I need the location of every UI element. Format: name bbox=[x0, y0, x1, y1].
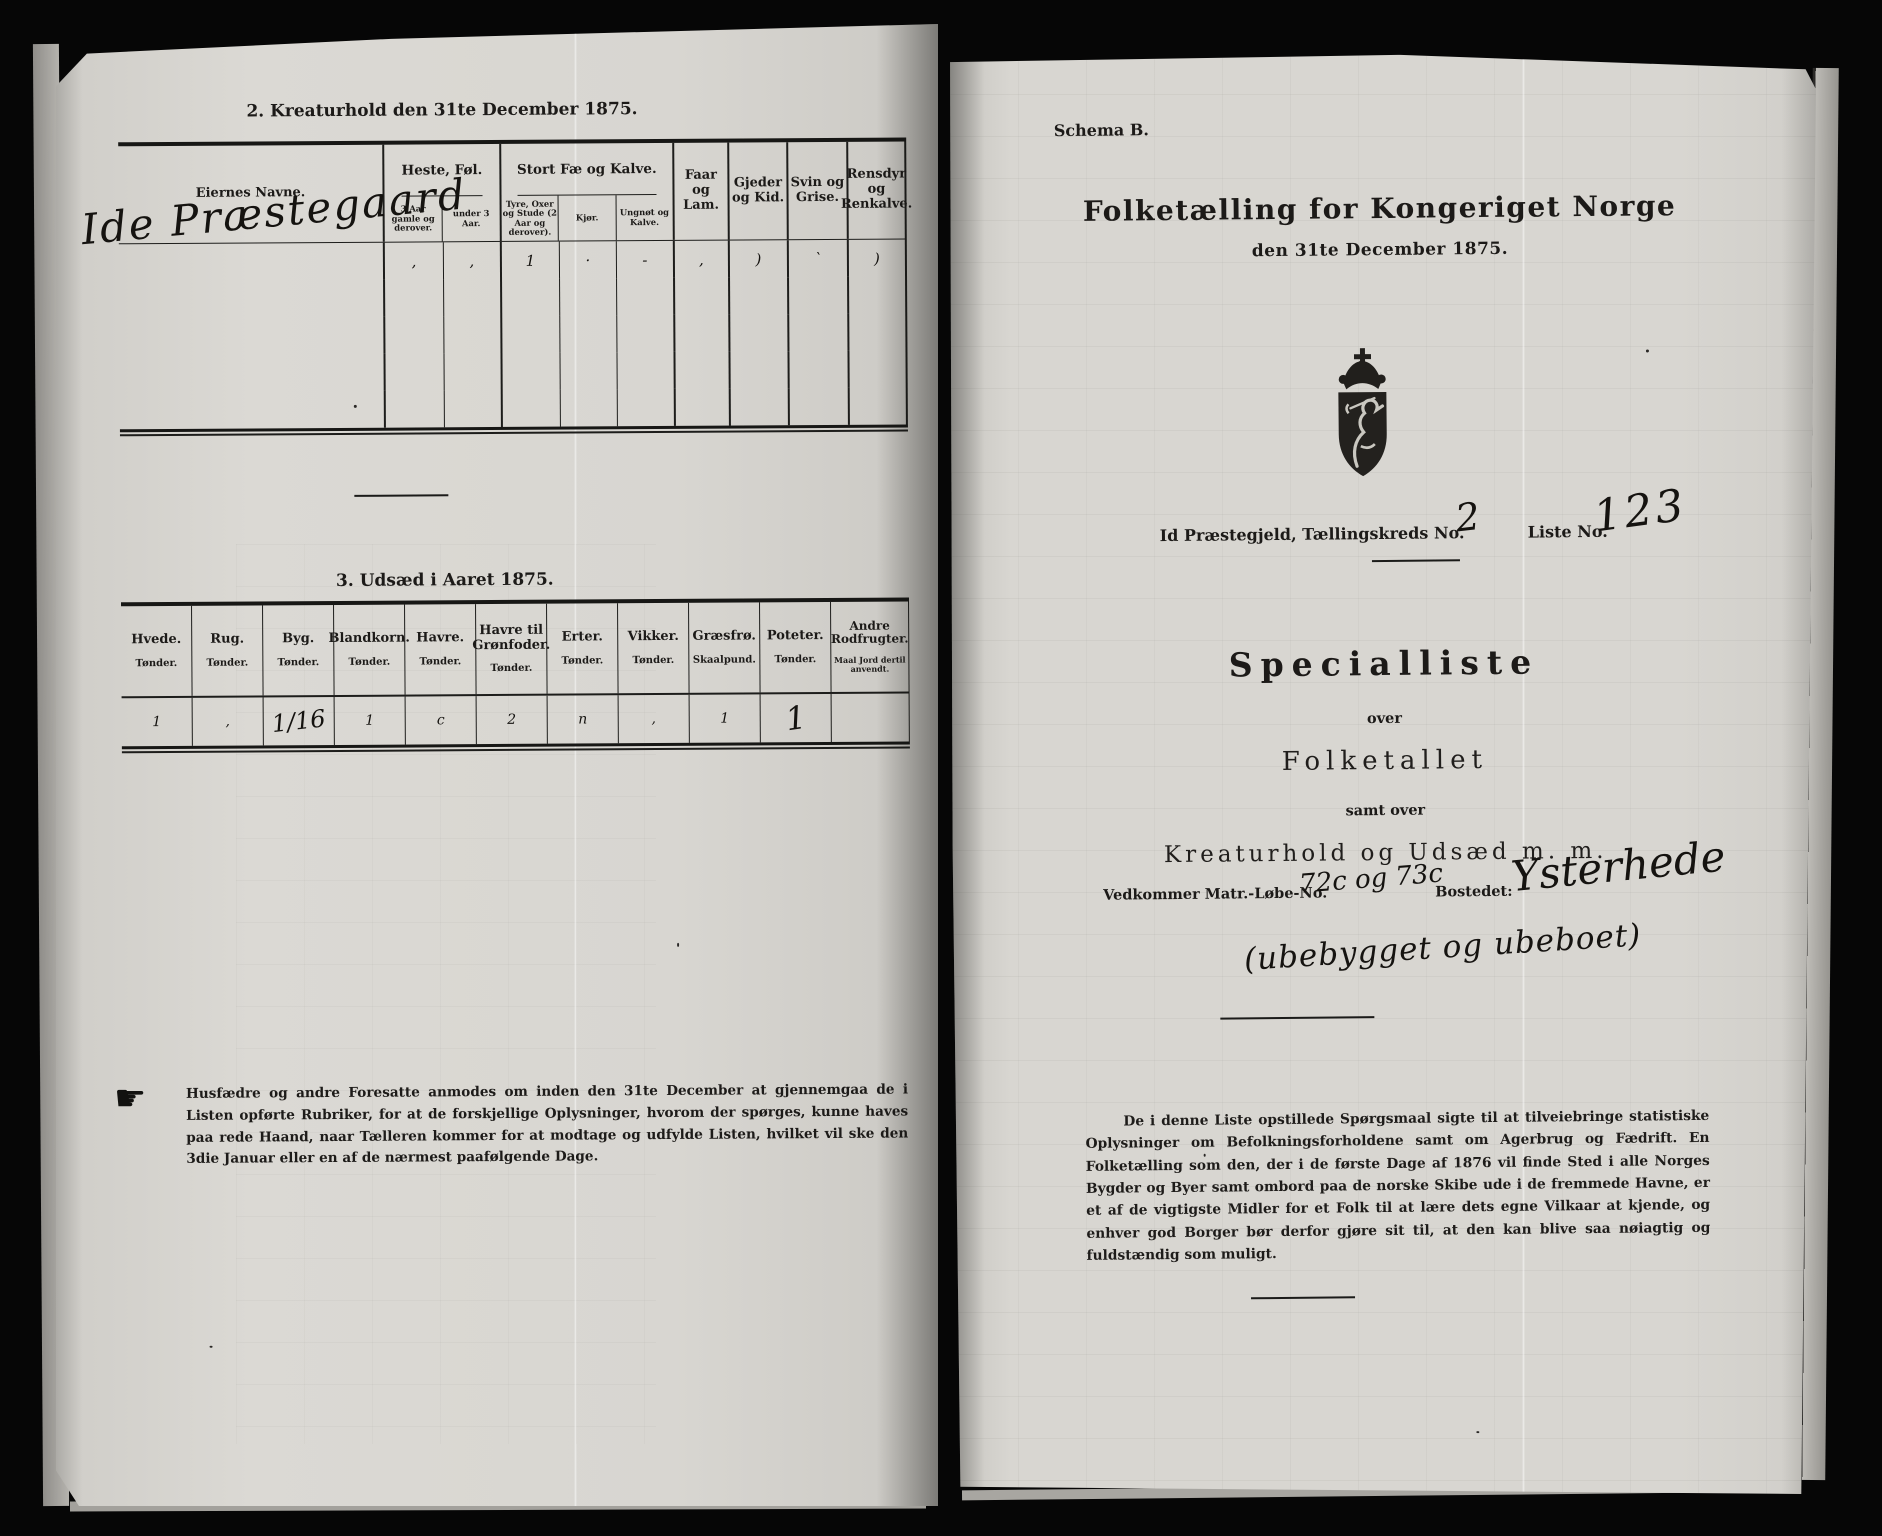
kreaturhold-row-5 bbox=[120, 387, 908, 429]
col-tyre-oxer: Tyre, Oxer og Stude (2 Aar og derover). bbox=[502, 196, 560, 241]
bosted-label: Bostedet: bbox=[1435, 883, 1513, 901]
handwritten-kreds-no: 2 bbox=[1453, 494, 1482, 540]
col-svin-grise: Svin og Grise. bbox=[788, 175, 846, 205]
col-poteter: Poteter. bbox=[767, 629, 824, 644]
udsaed-table: Hvede.Tønder. Rug.Tønder. Byg.Tønder. Bl… bbox=[121, 597, 910, 749]
list-title: Specialliste bbox=[1064, 641, 1704, 686]
manicule-icon: ☛ bbox=[114, 1078, 147, 1119]
col-andre-rodfrugter: Andre Rodfrugter. bbox=[831, 619, 909, 646]
handwritten-liste-no: 123 bbox=[1591, 480, 1690, 543]
main-subtitle: den 31te December 1875. bbox=[1030, 237, 1730, 264]
folketallet-word: Folketallet bbox=[1065, 743, 1705, 779]
col-kjoer: Kjør. bbox=[559, 195, 617, 240]
kreaturhold-row-4 bbox=[119, 350, 907, 392]
handwritten-note: (ubebygget og ubeboet) bbox=[1243, 912, 1724, 978]
section3-title: 3. Udsæd i Aaret 1875. bbox=[235, 569, 655, 592]
col-hvede: Hvede. bbox=[131, 633, 181, 648]
coat-of-arms bbox=[1320, 346, 1405, 485]
schema-label: Schema B. bbox=[1054, 120, 1149, 140]
col-gjeder-kid: Gjeder og Kid. bbox=[729, 176, 786, 206]
instruction-paragraph: De i denne Liste opstillede Spørgsmaal s… bbox=[1085, 1105, 1710, 1267]
col-erter: Erter. bbox=[562, 631, 603, 646]
footnote-text: Husfædre og andre Foresatte anmodes om i… bbox=[186, 1079, 909, 1170]
samt-over-word: samt over bbox=[1065, 799, 1705, 822]
col-byg: Byg. bbox=[282, 632, 314, 646]
col-havre: Havre. bbox=[416, 632, 464, 647]
kreaturhold-row-1: , , 1 · - , ) ` ) bbox=[119, 239, 907, 281]
kreaturhold-row-2 bbox=[119, 276, 907, 318]
col-faar-lam: Faar og Lam. bbox=[674, 169, 727, 214]
col-rug: Rug. bbox=[210, 633, 244, 648]
divider-rule-left bbox=[354, 494, 448, 496]
col-vikker: Vikker. bbox=[628, 630, 679, 645]
book-scan: 2. Kreaturhold den 31te December 1875. E… bbox=[0, 0, 1882, 1536]
section2-title: 2. Kreaturhold den 31te December 1875. bbox=[232, 99, 652, 122]
col-graesfroe: Græsfrø. bbox=[692, 630, 755, 645]
kreaturhold-body: , , 1 · - , ) ` ) bbox=[119, 239, 908, 429]
udsaed-header: Hvede.Tønder. Rug.Tønder. Byg.Tønder. Bl… bbox=[121, 601, 910, 698]
census-page-right: Schema B. Folketælling for Kongeriget No… bbox=[950, 52, 1816, 1494]
matr-label: Vedkommer Matr.-Løbe-No. bbox=[1103, 885, 1327, 904]
bottom-rule bbox=[1251, 1296, 1355, 1299]
over-word: over bbox=[1064, 707, 1704, 730]
kreaturhold-table: Eiernes Navne. Heste, Føl. 3 Aar gamle o… bbox=[118, 137, 908, 432]
udsaed-row-1: 1 , 1/16 1 c 2 n , 1 1 bbox=[122, 693, 910, 746]
district-underline bbox=[1372, 559, 1460, 561]
group-stort-fae: Stort Fæ og Kalve. Tyre, Oxer og Stude (… bbox=[501, 143, 675, 241]
district-prefix: Id Præstegjeld, Tællingskreds No. bbox=[1160, 523, 1465, 545]
col-rensdyr: Rensdyr og Renkalve. bbox=[841, 168, 913, 213]
col-blandkorn: Blandkorn. bbox=[328, 632, 409, 647]
kreaturhold-row-3 bbox=[119, 313, 907, 355]
census-page-left: 2. Kreaturhold den 31te December 1875. E… bbox=[56, 24, 938, 1506]
main-title: Folketælling for Kongeriget Norge bbox=[1029, 189, 1729, 229]
col-havre-groenfoder: Havre til Grønfoder. bbox=[472, 624, 550, 653]
col-ungnoet: Ungnøt og Kalve. bbox=[616, 195, 673, 240]
mid-rule bbox=[1220, 1016, 1374, 1019]
